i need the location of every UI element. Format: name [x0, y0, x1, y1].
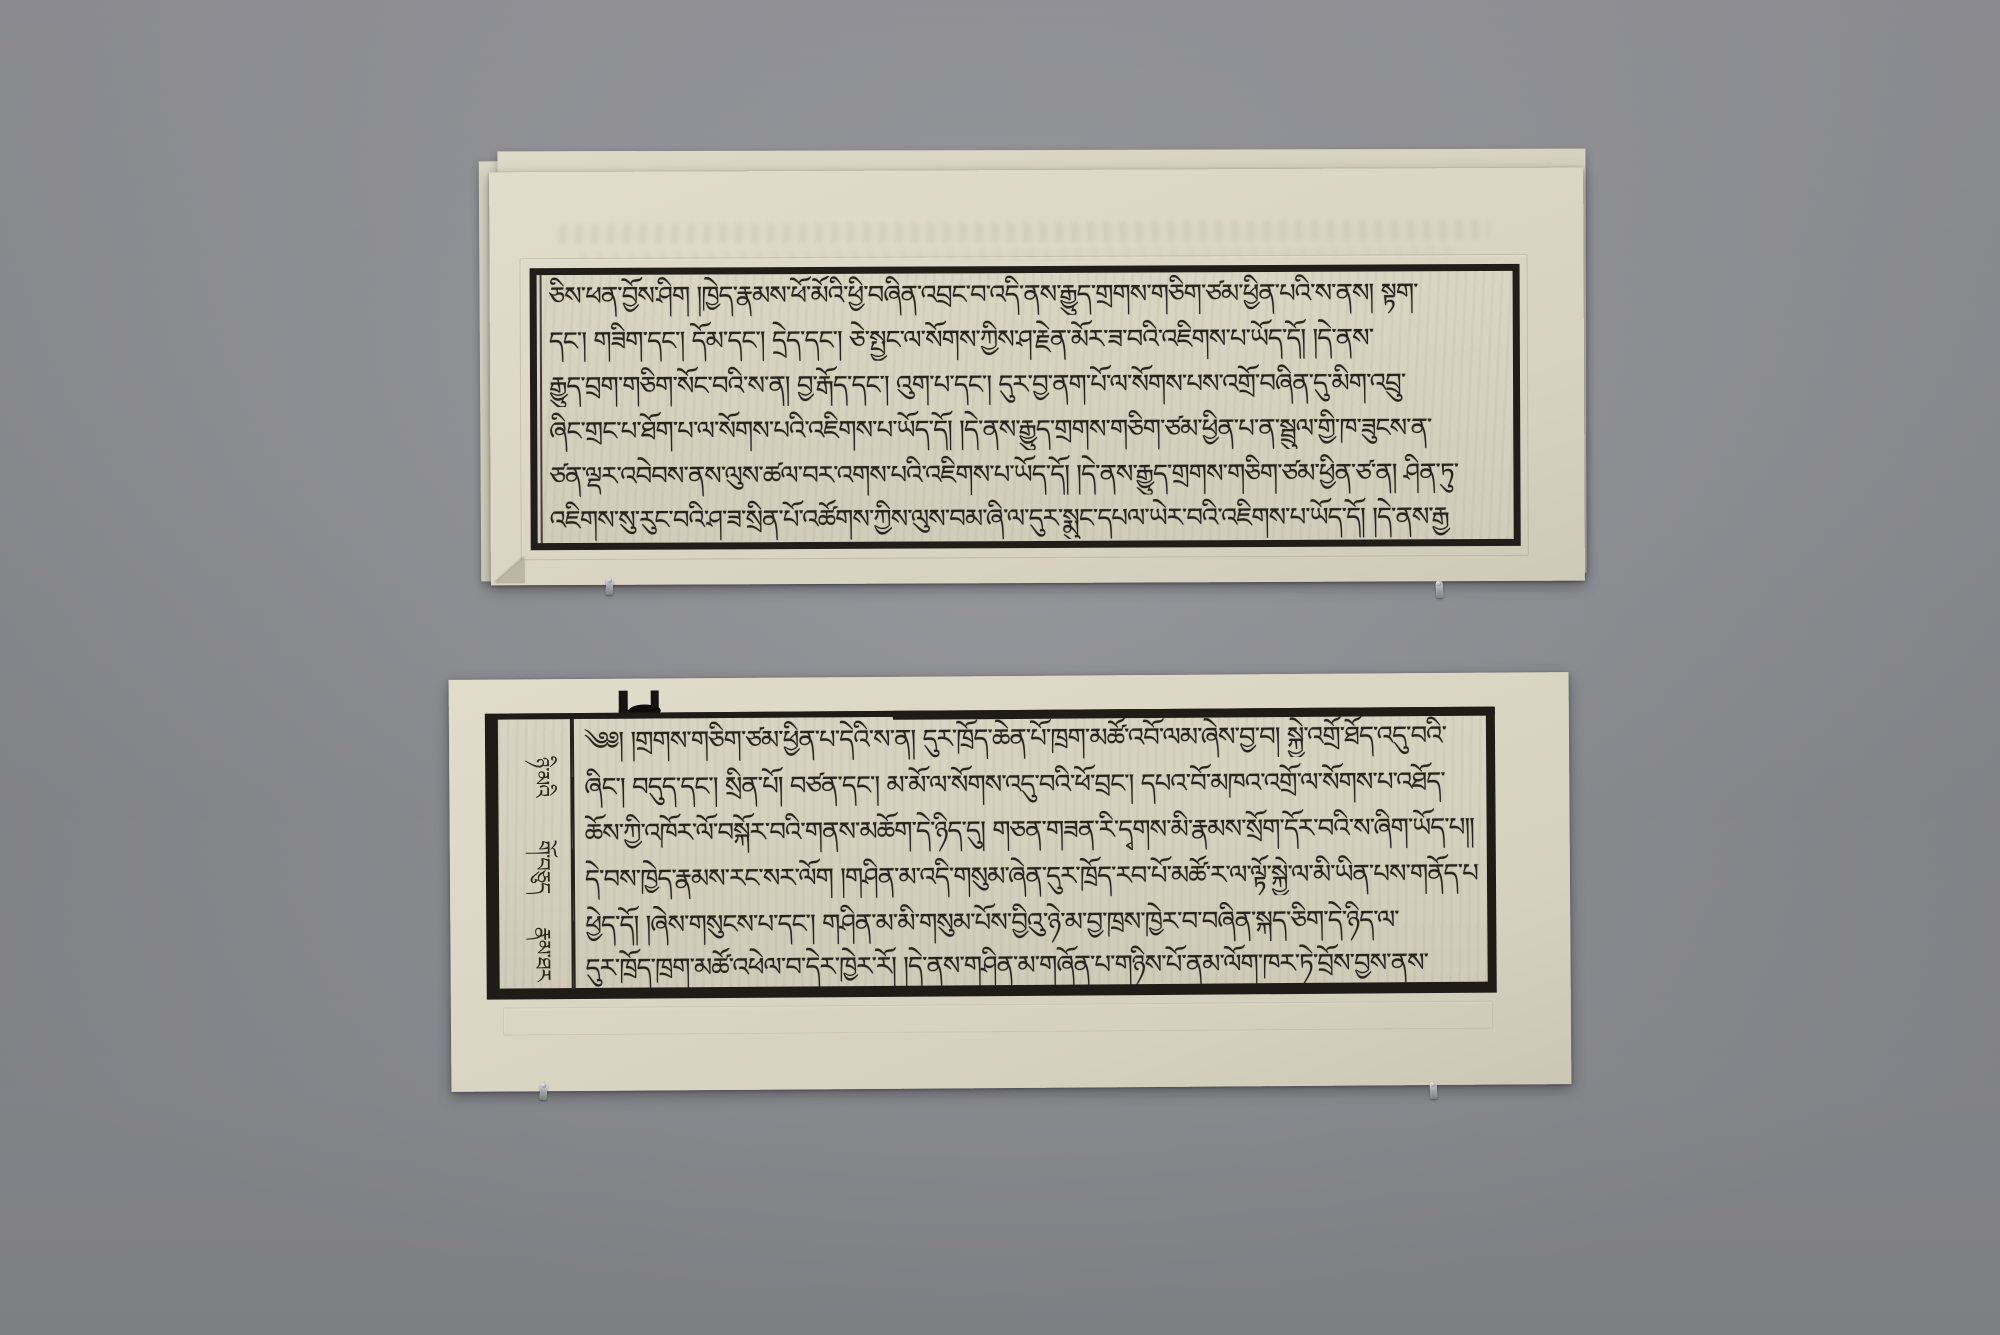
top-text-line-3: རྒྱུད་བྲག་གཅིག་སོང་བའི་ས་ན། བྱ་རྒོད་དང་།…: [549, 363, 1505, 407]
frame-left-rule: [540, 275, 543, 543]
top-text-line-1: ཅིས་ཕན་བྱོས་ཤིག །ཁྱེད་རྣམས་ཕོ་མོའི་ཕྱི་བ…: [549, 273, 1505, 317]
photo-backdrop: ཅིས་ཕན་བྱོས་ཤིག །ཁྱེད་རྣམས་ཕོ་མོའི་ཕྱི་བ…: [0, 0, 2000, 1335]
corner-fold: [495, 557, 525, 583]
mounting-pin: [1430, 1082, 1438, 1099]
margin-column: ཉི་མའི གོ་བཅུད རྣམ་ཐར: [498, 719, 576, 989]
top-leaf: ཅིས་ཕན་བྱོས་ཤིག །ཁྱེད་རྣམས་ཕོ་མོའི་ཕྱི་བ…: [489, 168, 1585, 586]
bottom-text-line-4: དེ་བས་ཁྱེད་རྣམས་རང་སར་ལོག །གཤིན་མ་འདི་གས…: [585, 854, 1479, 900]
mounting-pin: [539, 1083, 547, 1100]
bottom-leaf: ཉི་མའི གོ་བཅུད རྣམ་ཐར ༄༅། །གྲགས་གཅིག་ཙམ་…: [449, 672, 1572, 1092]
top-leaf-frame: ཅིས་ཕན་བྱོས་ཤིག །ཁྱེད་རྣམས་ཕོ་མོའི་ཕྱི་བ…: [530, 264, 1521, 550]
margin-label-title-1: ཉི་མའི: [506, 757, 565, 797]
margin-label-title-2: གོ་བཅུད: [506, 840, 565, 894]
bottom-text-line-6: དུར་ཁྲོད་ཁྲག་མཚོ་འཕེལ་བ་དེར་ཁྱེར་རོ། །དེ…: [585, 943, 1479, 989]
mounting-pin: [606, 578, 614, 595]
bottom-text-line-5: ཕྱེད་དོ། །ཞེས་གསུངས་པ་དང་། གཤིན་མ་མི་གསུ…: [585, 900, 1479, 946]
bottom-text-line-3: ཆོས་ཀྱི་འཁོར་ལོ་བསྐོར་བའི་གནས་མཆོག་དེ་ཉི…: [585, 808, 1479, 854]
top-text-line-5: ཙན་ལྡར་འབེབས་ནས་ལུས་ཚལ་བར་འགས་པའི་འཇིགས་…: [549, 453, 1505, 497]
bottom-text-line-1: ༄༅། །གྲགས་གཅིག་ཙམ་ཕྱིན་པ་དེའི་ས་ན། དུར་ཁ…: [584, 716, 1478, 762]
top-text-line-4: ཞིང་གྲང་པ་ཐོག་པ་ལ་སོགས་པའི་འཇིགས་པ་ཡོད་ད…: [549, 408, 1505, 452]
bottom-text-line-2: ཞིང་། བདུད་དང་། སྲིན་པོ། བཙན་དང་། མ་མོ་ལ…: [584, 762, 1478, 808]
mounting-pin: [1435, 581, 1443, 598]
emboss-ghost: [503, 1001, 1493, 1036]
top-text-line-6: འཇིགས་སུ་རུང་བའི་ཤ་ཟ་སྲིན་པོ་འཚོགས་ཀྱིས་…: [550, 497, 1506, 541]
ghost-impression: [559, 220, 1489, 244]
bottom-leaf-frame: ཉི་མའི གོ་བཅུད རྣམ་ཐར ༄༅། །གྲགས་གཅིག་ཙམ་…: [485, 707, 1497, 1000]
margin-label-title-3: རྣམ་ཐར: [507, 927, 566, 981]
top-text-line-2: དང་། གཟིག་དང་། དོམ་དང་། དྲེད་དང་། ཅེ་སྤྱ…: [549, 318, 1505, 362]
